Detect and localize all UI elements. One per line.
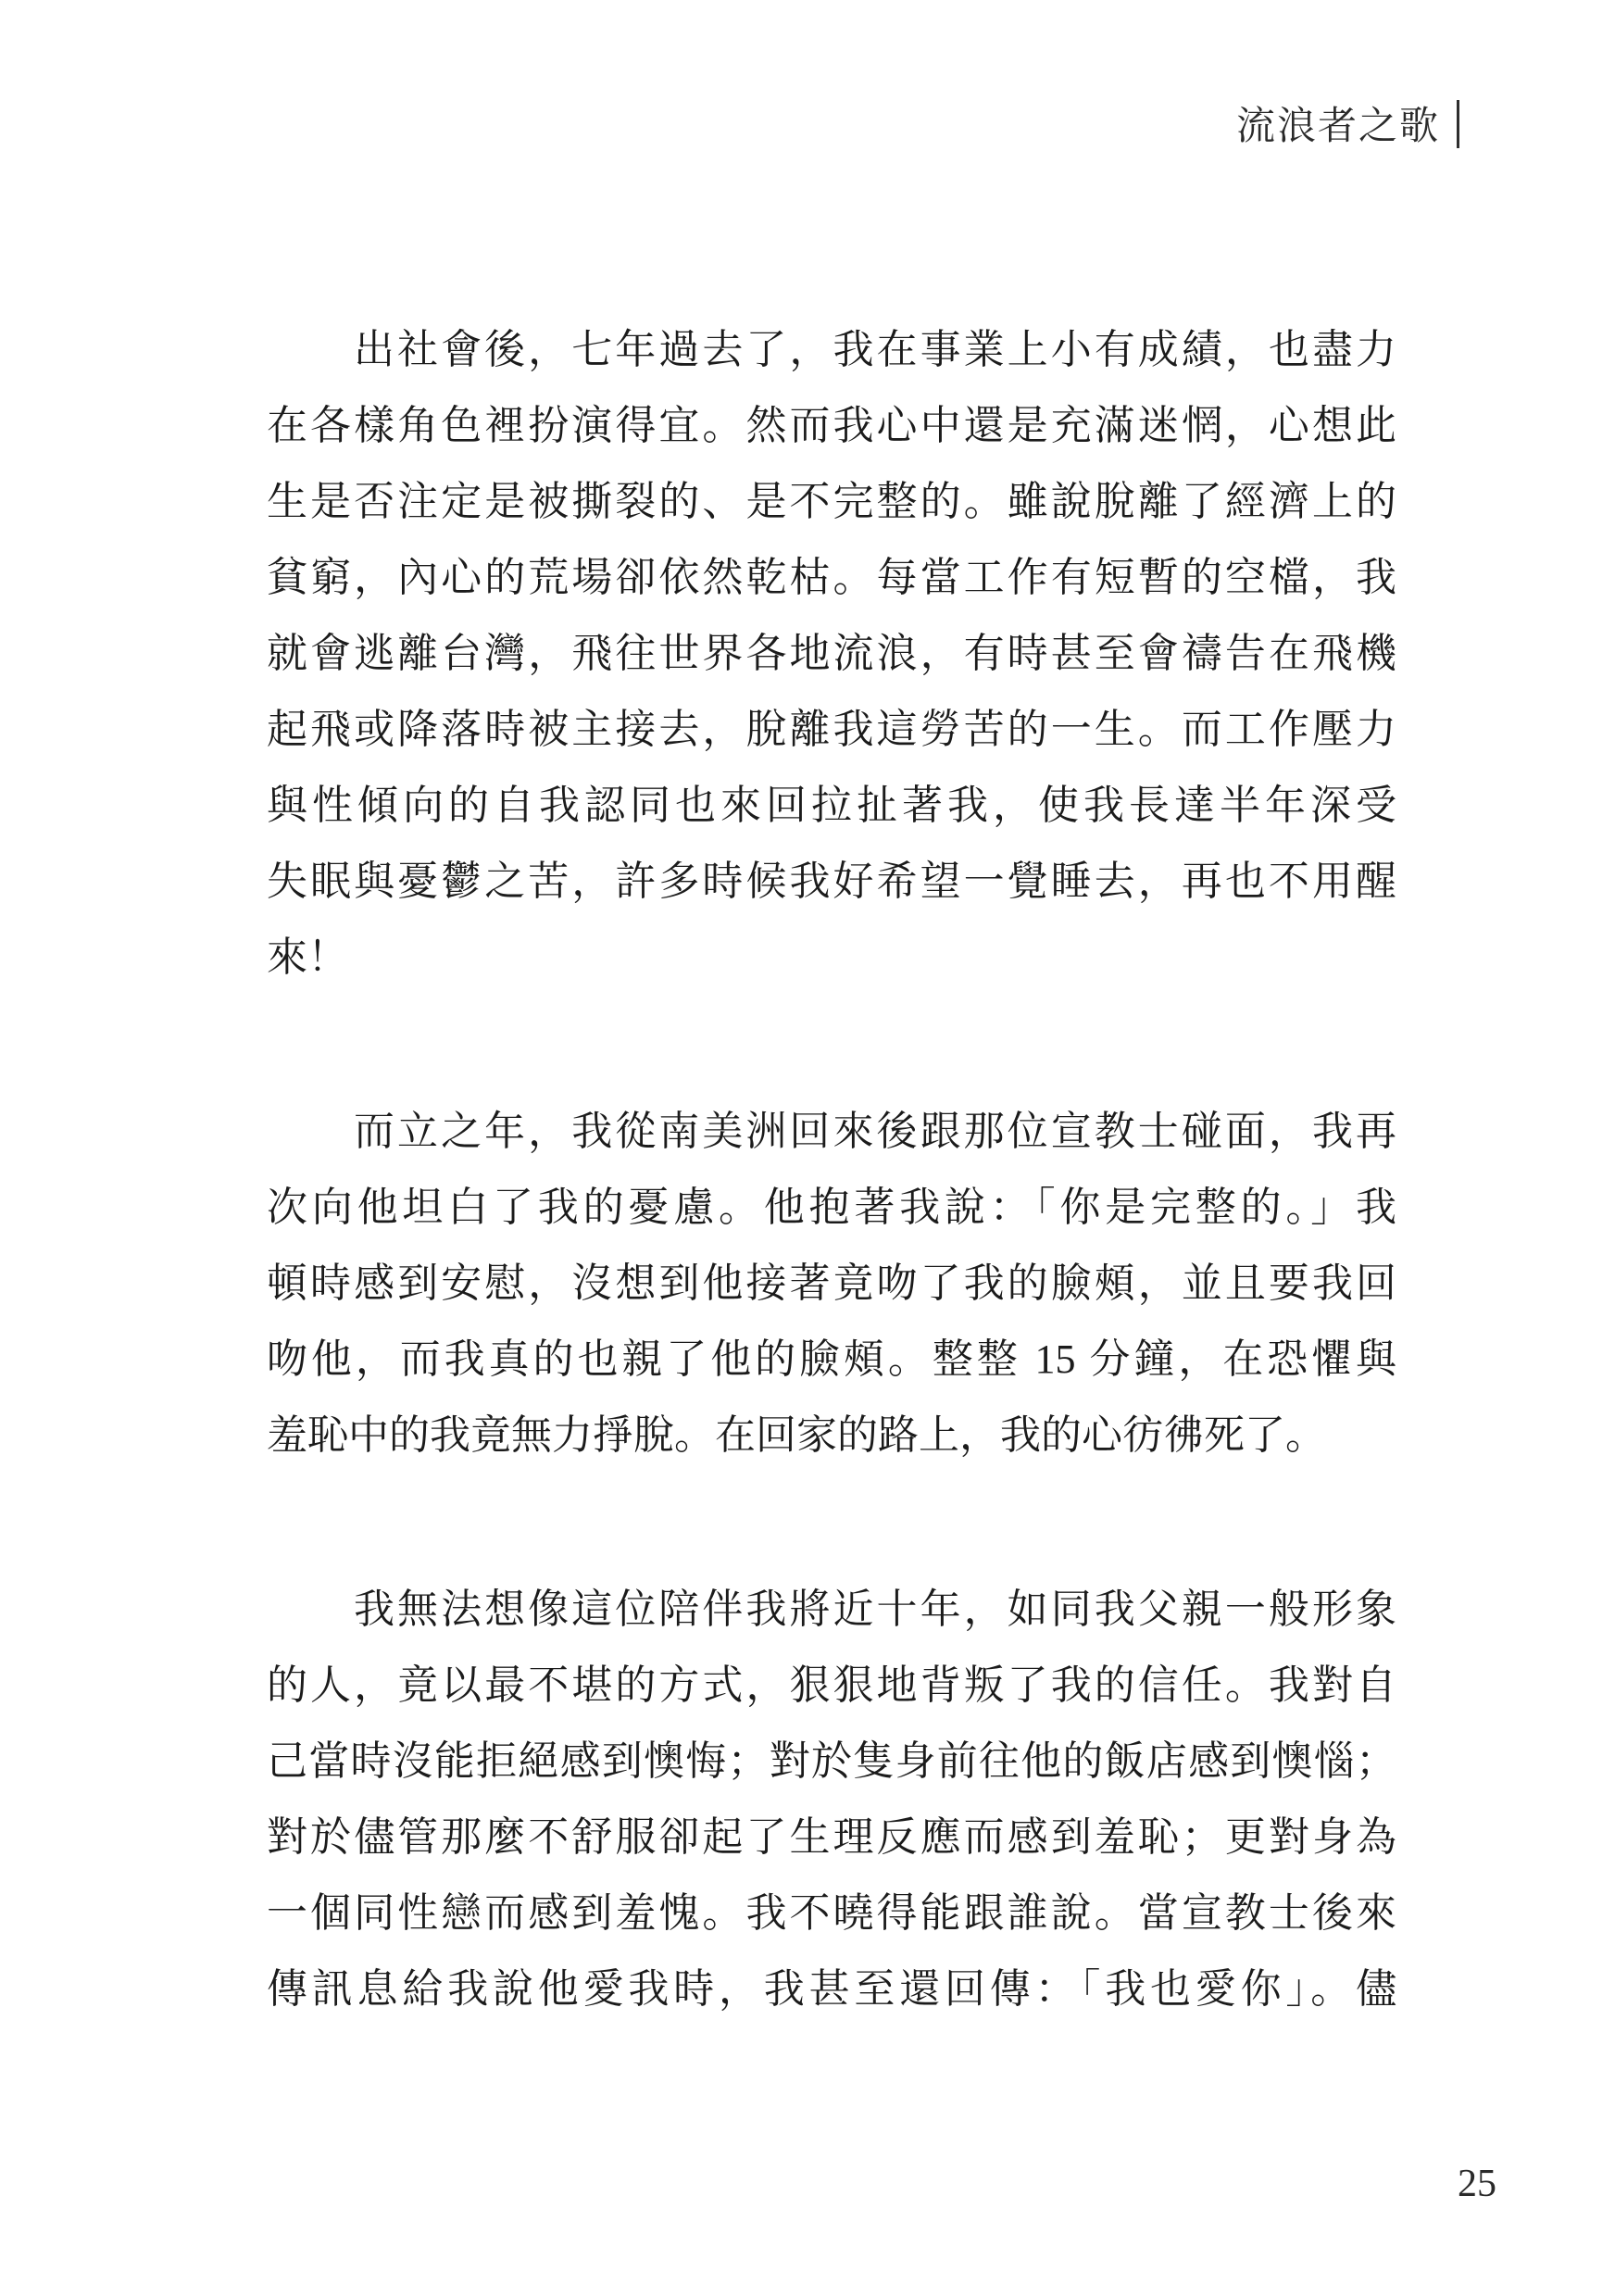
- text-line: 次向他坦白了我的憂慮。他抱著我說：「你是完整的。」我: [267, 1170, 1396, 1246]
- text-line: 我無法想像這位陪伴我將近十年，如同我父親一般形象: [267, 1572, 1396, 1648]
- text-line: 出社會後，七年過去了，我在事業上小有成績，也盡力: [267, 312, 1396, 388]
- book-page: 流浪者之歌 出社會後，七年過去了，我在事業上小有成績，也盡力 在各樣角色裡扮演得…: [0, 0, 1615, 2296]
- text-line: 吻他，而我真的也親了他的臉頰。整整 15 分鐘，在恐懼與: [267, 1322, 1396, 1398]
- paragraph-2: 而立之年，我從南美洲回來後跟那位宣教士碰面，我再 次向他坦白了我的憂慮。他抱著我…: [267, 1094, 1396, 1474]
- paragraph-1: 出社會後，七年過去了，我在事業上小有成績，也盡力 在各樣角色裡扮演得宜。然而我心…: [267, 312, 1396, 996]
- text-line: 頓時感到安慰，沒想到他接著竟吻了我的臉頰，並且要我回: [267, 1246, 1396, 1322]
- text-line: 在各樣角色裡扮演得宜。然而我心中還是充滿迷惘，心想此: [267, 388, 1396, 464]
- text-line: 就會逃離台灣，飛往世界各地流浪，有時甚至會禱告在飛機: [267, 616, 1396, 692]
- book-title: 流浪者之歌: [1236, 106, 1440, 148]
- paragraph-3: 我無法想像這位陪伴我將近十年，如同我父親一般形象 的人，竟以最不堪的方式，狠狠地…: [267, 1572, 1396, 2027]
- text-line: 傳訊息給我說他愛我時，我甚至還回傳：「我也愛你」。儘: [267, 1951, 1396, 2027]
- text-line: 己當時沒能拒絕感到懊悔；對於隻身前往他的飯店感到懊惱；: [267, 1724, 1396, 1800]
- text-line: 起飛或降落時被主接去，脫離我這勞苦的一生。而工作壓力: [267, 692, 1396, 768]
- running-head: 流浪者之歌: [1236, 100, 1459, 153]
- body-text: 出社會後，七年過去了，我在事業上小有成績，也盡力 在各樣角色裡扮演得宜。然而我心…: [267, 312, 1396, 2027]
- text-line: 對於儘管那麼不舒服卻起了生理反應而感到羞恥；更對身為: [267, 1800, 1396, 1876]
- text-line: 而立之年，我從南美洲回來後跟那位宣教士碰面，我再: [267, 1094, 1396, 1170]
- text-line: 的人，竟以最不堪的方式，狠狠地背叛了我的信任。我對自: [267, 1648, 1396, 1724]
- text-line: 失眠與憂鬱之苦，許多時候我好希望一覺睡去，再也不用醒: [267, 844, 1396, 920]
- page-number: 25: [1458, 2160, 1496, 2208]
- text-line: 羞恥中的我竟無力掙脫。在回家的路上，我的心彷彿死了。: [267, 1398, 1396, 1474]
- text-line: 來！: [267, 920, 1396, 996]
- text-line: 一個同性戀而感到羞愧。我不曉得能跟誰說。當宣教士後來: [267, 1876, 1396, 1951]
- text-line: 生是否注定是被撕裂的、是不完整的。雖說脫離了經濟上的: [267, 464, 1396, 540]
- text-line: 貧窮，內心的荒場卻依然乾枯。每當工作有短暫的空檔，我: [267, 540, 1396, 616]
- header-divider-bar: [1457, 100, 1459, 148]
- text-line: 與性傾向的自我認同也來回拉扯著我，使我長達半年深受: [267, 768, 1396, 844]
